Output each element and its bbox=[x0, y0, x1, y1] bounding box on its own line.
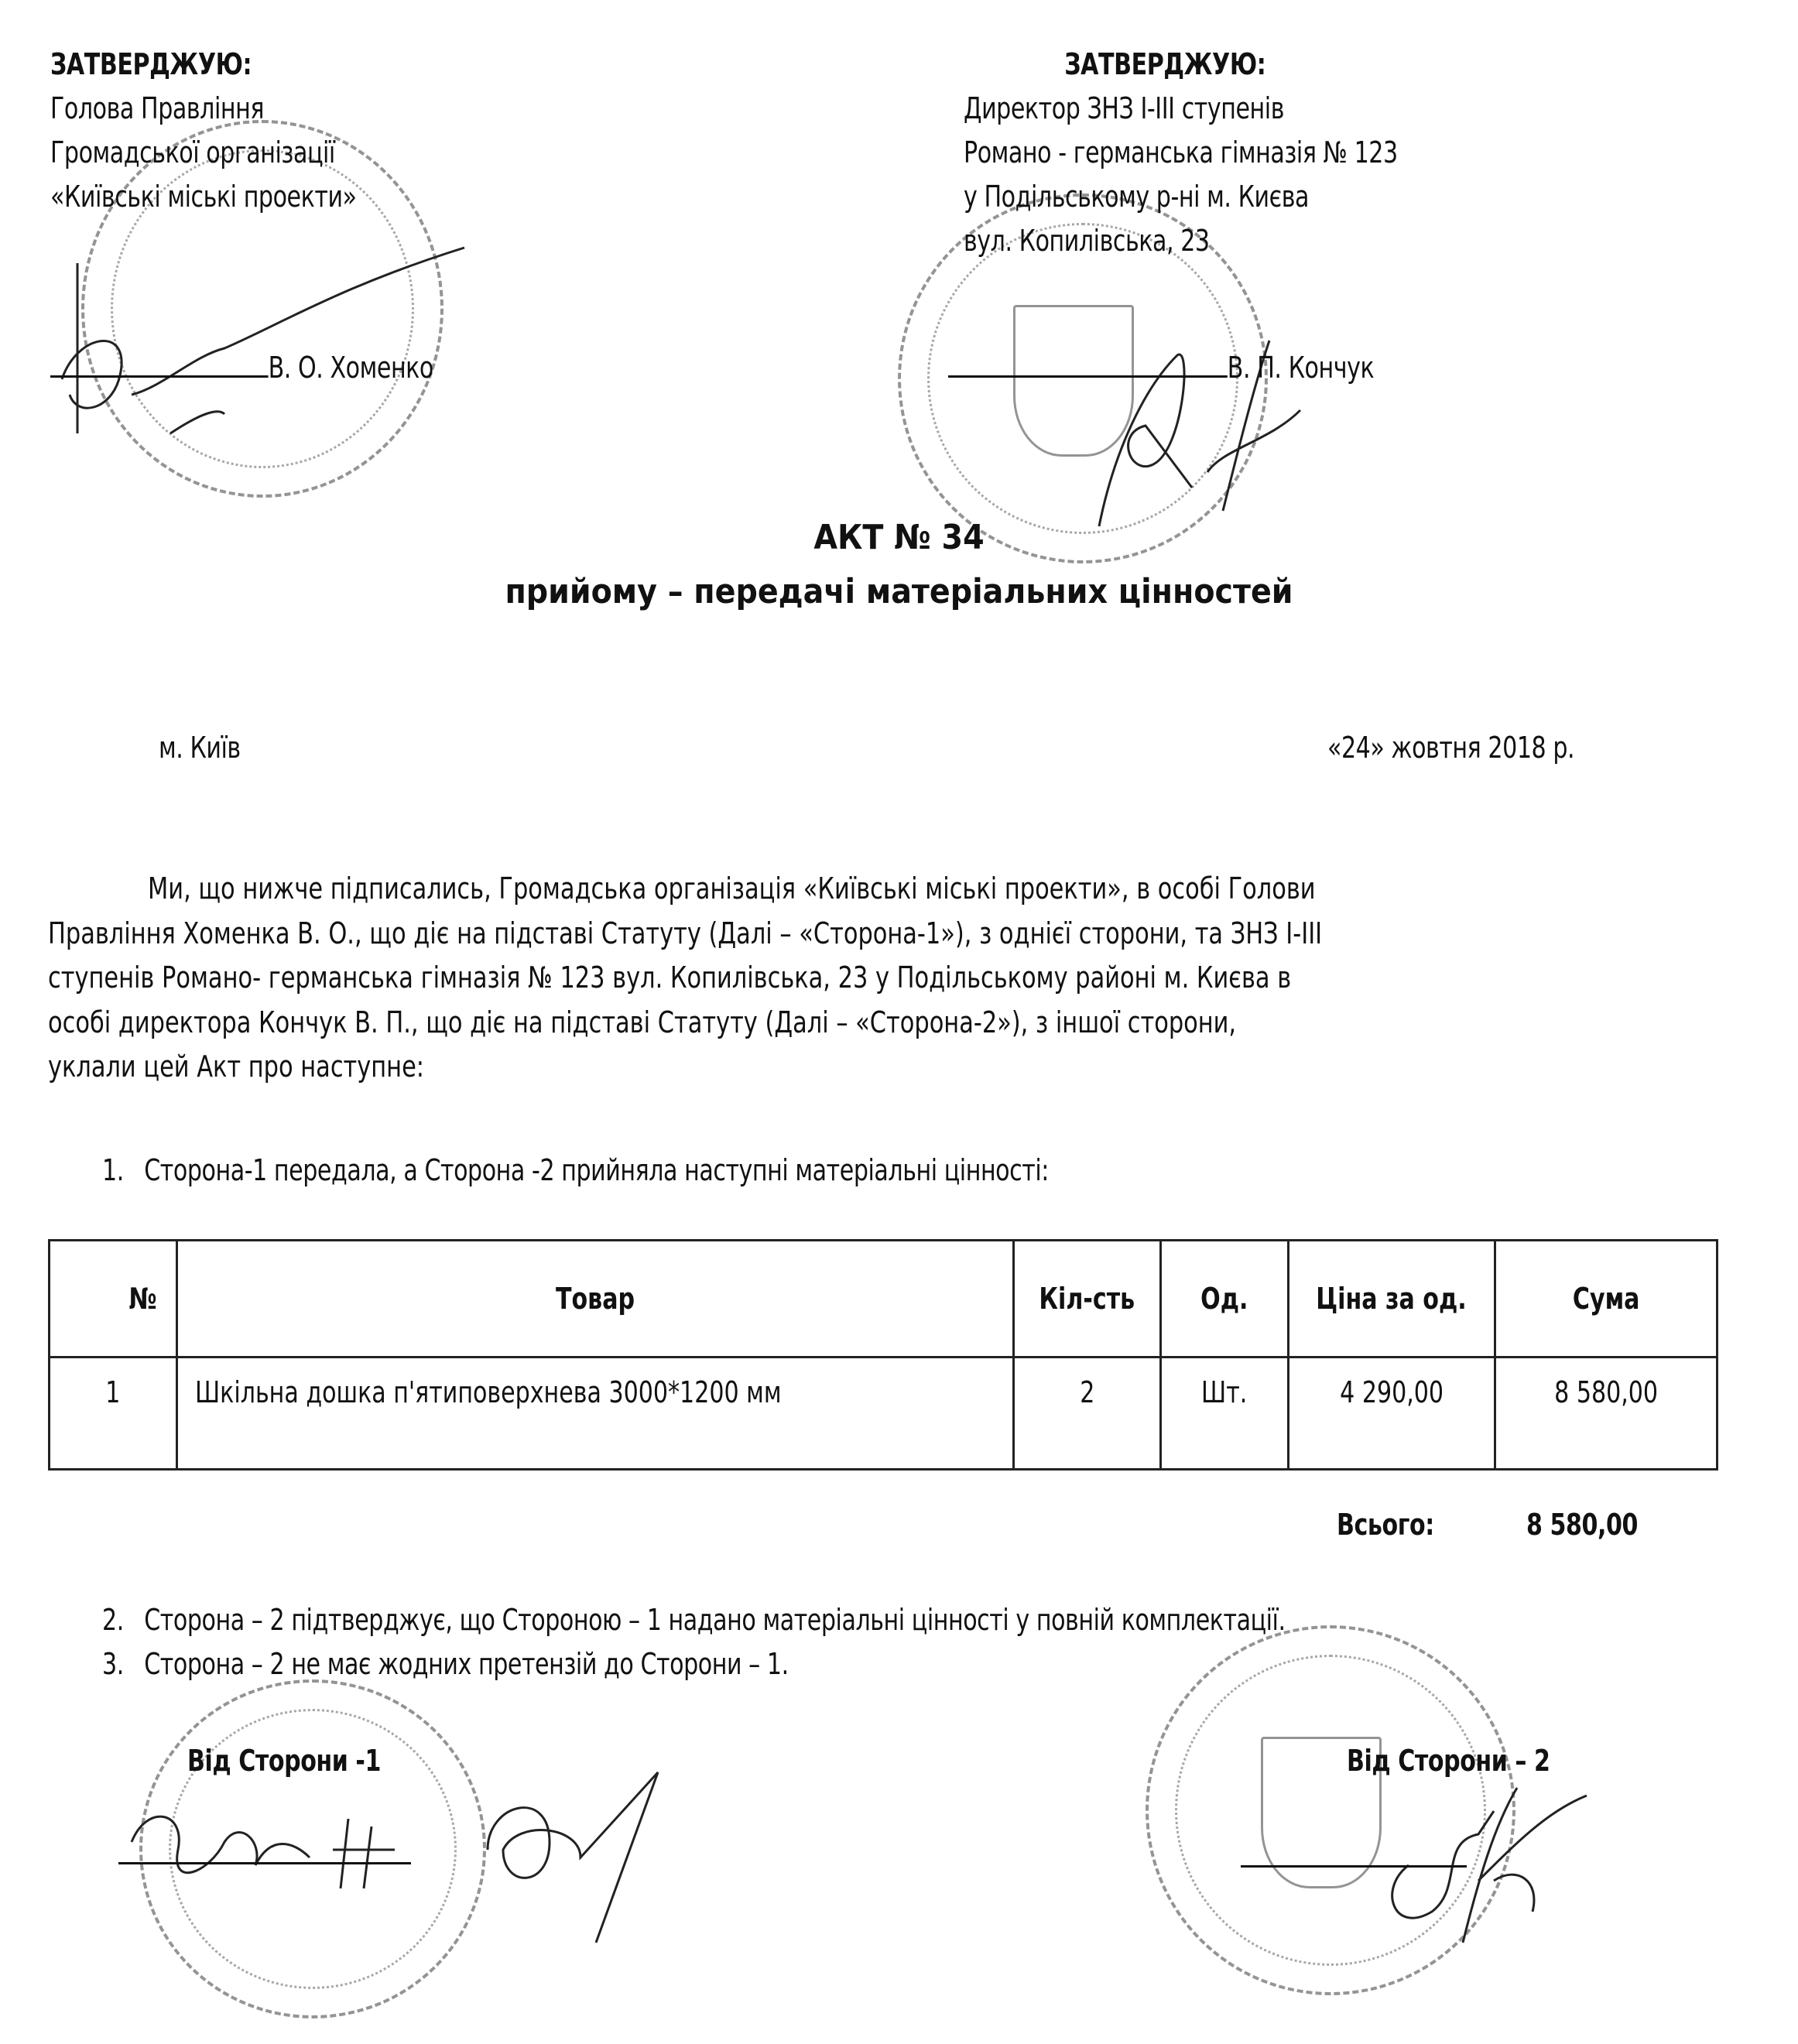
paragraph-line: Правління Хоменка В. О., що діє на підст… bbox=[48, 912, 1536, 957]
cell-unit-price: 4 290,00 bbox=[1288, 1358, 1495, 1470]
col-header-number: № bbox=[50, 1241, 177, 1358]
goods-table: № Товар Кіл-сть Од. Ціна за од. Сума 1 Ш… bbox=[48, 1239, 1718, 1471]
approval-left-line: Голова Правління bbox=[50, 87, 433, 131]
list-item-text: Сторона – 2 не має жодних претензій до С… bbox=[144, 1647, 788, 1681]
table-row: 1 Шкільна дошка п'ятиповерхнева 3000*120… bbox=[50, 1358, 1718, 1470]
party1-signature-line bbox=[118, 1862, 411, 1864]
list-item-text: Сторона-1 передала, а Сторона -2 прийнял… bbox=[144, 1153, 1049, 1187]
approval-left-signatory: В. О. Хоменко bbox=[269, 351, 433, 385]
list-item-number: 1. bbox=[102, 1153, 124, 1187]
org-stamp-bottom bbox=[139, 1679, 486, 2018]
approval-right-line: вул. Копилівська, 23 bbox=[964, 219, 1398, 263]
col-header-qty: Кіл-сть bbox=[1014, 1241, 1161, 1358]
approval-right-signatory: В. П. Кончук bbox=[1228, 351, 1374, 385]
list-item-number: 3. bbox=[102, 1647, 124, 1681]
paragraph-line: уклали цей Акт про наступне: bbox=[48, 1045, 1536, 1090]
approval-right-line: Романо - германська гімназія № 123 bbox=[964, 131, 1398, 175]
total-label: Всього: bbox=[1337, 1503, 1434, 1547]
list-item-1: 1.Сторона-1 передала, а Сторона -2 прийн… bbox=[102, 1149, 1049, 1193]
cell-qty: 2 bbox=[1014, 1358, 1161, 1470]
approval-right: ЗАТВЕРДЖУЮ: Директор ЗНЗ І-ІІІ ступенів … bbox=[964, 43, 1457, 390]
paragraph-line: Ми, що нижче підписались, Громадська орг… bbox=[48, 867, 1536, 912]
col-header-item: Товар bbox=[176, 1241, 1013, 1358]
signature-line bbox=[948, 375, 1228, 378]
paragraph-line: особі директора Кончук В. П., що діє на … bbox=[48, 1001, 1536, 1046]
approval-left-line: «Київські міські проекти» bbox=[50, 175, 433, 219]
approval-left-line: Громадської організації bbox=[50, 131, 433, 175]
approval-left-heading: ЗАТВЕРДЖУЮ: bbox=[50, 43, 433, 87]
list-item-number: 2. bbox=[102, 1603, 124, 1637]
cell-number: 1 bbox=[50, 1358, 177, 1470]
approval-left: ЗАТВЕРДЖУЮ: Голова Правління Громадської… bbox=[50, 43, 485, 390]
cell-unit: Шт. bbox=[1160, 1358, 1288, 1470]
party1-signature-label: Від Сторони -1 bbox=[187, 1739, 381, 1783]
list-item-2: 2.Сторона – 2 підтверджує, що Стороною –… bbox=[102, 1598, 1286, 1642]
list-item-text: Сторона – 2 підтверджує, що Стороною – 1… bbox=[144, 1603, 1285, 1637]
total-value: 8 580,00 bbox=[1526, 1503, 1638, 1547]
signature-line bbox=[50, 375, 269, 378]
date: «24» жовтня 2018 р. bbox=[1327, 726, 1574, 770]
col-header-unit: Од. bbox=[1160, 1241, 1288, 1358]
col-header-sum: Сума bbox=[1495, 1241, 1718, 1358]
approval-right-signature-row: В. П. Кончук bbox=[948, 346, 1396, 390]
cell-item: Шкільна дошка п'ятиповерхнева 3000*1200 … bbox=[176, 1358, 1013, 1470]
approval-right-line: у Подільському р-ні м. Києва bbox=[964, 175, 1398, 219]
table-header-row: № Товар Кіл-сть Од. Ціна за од. Сума bbox=[50, 1241, 1718, 1358]
place: м. Київ bbox=[159, 726, 241, 770]
signature-left-bottom bbox=[116, 1757, 673, 1958]
approval-left-signature-row: В. О. Хоменко bbox=[50, 346, 433, 390]
document-subtitle: прийому – передачі матеріальних цінносте… bbox=[0, 569, 1798, 615]
approval-right-heading: ЗАТВЕРДЖУЮ: bbox=[964, 43, 1398, 87]
party2-signature-line bbox=[1241, 1865, 1467, 1868]
approval-right-line: Директор ЗНЗ І-ІІІ ступенів bbox=[964, 87, 1398, 131]
list-item-3: 3.Сторона – 2 не має жодних претензій до… bbox=[102, 1642, 789, 1686]
party2-signature-label: Від Сторони – 2 bbox=[1347, 1739, 1550, 1783]
cell-sum: 8 580,00 bbox=[1495, 1358, 1718, 1470]
document-title: АКТ № 34 bbox=[0, 515, 1798, 561]
col-header-unit-price: Ціна за од. bbox=[1288, 1241, 1495, 1358]
signature-right-bottom bbox=[1362, 1765, 1610, 1950]
paragraph-line: ступенів Романо- германська гімназія № 1… bbox=[48, 956, 1536, 1001]
school-stamp-bottom bbox=[1146, 1625, 1515, 1995]
preamble-paragraph: Ми, що нижче підписались, Громадська орг… bbox=[48, 867, 1720, 1090]
